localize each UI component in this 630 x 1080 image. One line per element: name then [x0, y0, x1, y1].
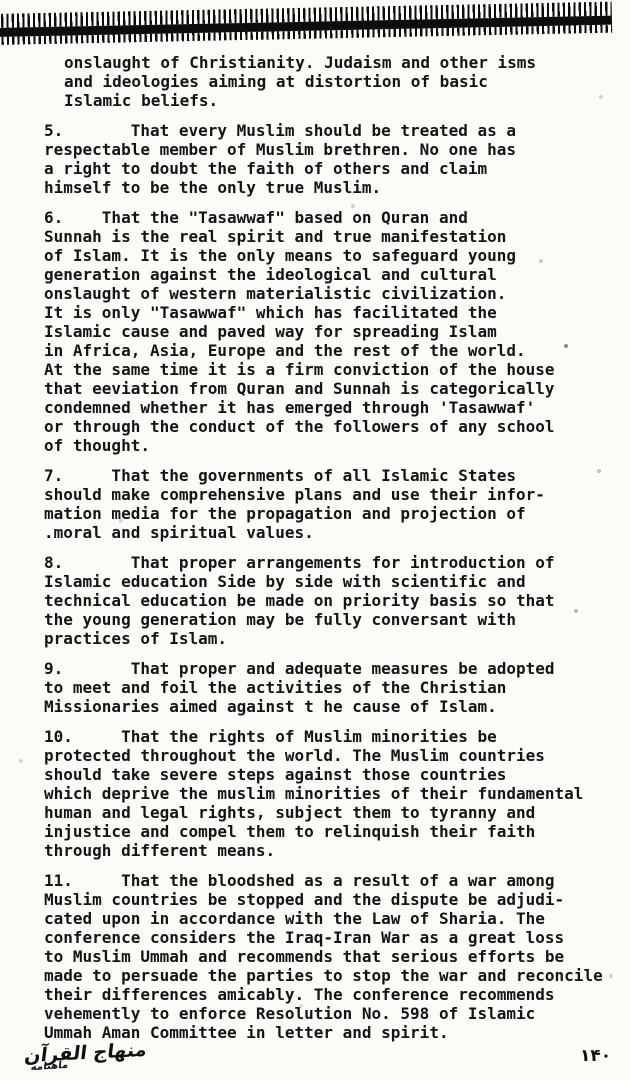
text-line: and ideologies aiming at distortion of b…: [64, 72, 614, 91]
text-line: practices of Islam.: [44, 629, 614, 648]
paragraph-continuation: onslaught of Christianity. Judaism and o…: [64, 53, 614, 110]
paragraph-8: 8. That proper arrangements for introduc…: [44, 553, 614, 648]
text-line: Islamic beliefs.: [64, 91, 614, 110]
text-line: himself to be the only true Muslim.: [44, 178, 614, 197]
text-line: 9. That proper and adequate measures be …: [44, 659, 614, 678]
text-line: At the same time it is a firm conviction…: [44, 360, 614, 379]
text-line: of thought.: [44, 436, 614, 455]
text-line: 7. That the governments of all Islamic S…: [44, 466, 614, 485]
text-line: a right to doubt the faith of others and…: [44, 159, 614, 178]
text-line: .moral and spiritual values.: [44, 523, 614, 542]
paragraph-11: 11. That the bloodshed as a result of a …: [44, 871, 614, 1042]
scanned-document-page: onslaught of Christianity. Judaism and o…: [0, 0, 630, 1080]
text-line: in Africa, Asia, Europe and the rest of …: [44, 341, 614, 360]
decorative-zipper-border: [0, 2, 612, 45]
text-line: conference considers the Iraq-Iran War a…: [44, 928, 614, 947]
text-line: that eeviation from Quran and Sunnah is …: [44, 379, 614, 398]
text-line: onslaught of Christianity. Judaism and o…: [64, 53, 614, 72]
text-line: made to persuade the parties to stop the…: [44, 966, 614, 985]
text-line: Islamic education Side by side with scie…: [44, 572, 614, 591]
text-line: 6. That the "Tasawwaf" based on Quran an…: [44, 208, 614, 227]
text-line: Missionaries aimed against t he cause of…: [44, 697, 614, 716]
text-line: condemned whether it has emerged through…: [44, 398, 614, 417]
text-line: It is only "Tasawwaf" which has facilita…: [44, 303, 614, 322]
paragraph-6: 6. That the "Tasawwaf" based on Quran an…: [44, 208, 614, 455]
text-line: Islamic cause and paved way for spreadin…: [44, 322, 614, 341]
paragraph-10: 10. That the rights of Muslim minorities…: [44, 727, 614, 860]
text-line: through different means.: [44, 841, 614, 860]
text-line: which deprive the muslim minorities of t…: [44, 784, 614, 803]
text-line: vehemently to enforce Resolution No. 598…: [44, 1004, 614, 1023]
logo-prefix-text: ماهنامه: [30, 1060, 69, 1074]
paragraph-7: 7. That the governments of all Islamic S…: [44, 466, 614, 542]
text-line: cated upon in accordance with the Law of…: [44, 909, 614, 928]
text-line: the young generation may be fully conver…: [44, 610, 614, 629]
paragraph-5: 5. That every Muslim should be treated a…: [44, 121, 614, 197]
text-line: of Islam. It is the only means to safegu…: [44, 246, 614, 265]
paragraph-9: 9. That proper and adequate measures be …: [44, 659, 614, 716]
text-line: human and legal rights, subject them to …: [44, 803, 614, 822]
text-line: respectable member of Muslim brethren. N…: [44, 140, 614, 159]
text-line: to Muslim Ummah and recommends that seri…: [44, 947, 614, 966]
text-line: to meet and foil the activities of the C…: [44, 678, 614, 697]
text-line: their differences amicably. The conferen…: [44, 985, 614, 1004]
text-line: or through the conduct of the followers …: [44, 417, 614, 436]
text-line: 11. That the bloodshed as a result of a …: [44, 871, 614, 890]
document-body-text: onslaught of Christianity. Judaism and o…: [44, 53, 614, 1053]
text-line: onslaught of western materialistic civil…: [44, 284, 614, 303]
text-line: Sunnah is the real spirit and true manif…: [44, 227, 614, 246]
text-line: generation against the ideological and c…: [44, 265, 614, 284]
page-number: ۱۴۰: [580, 1046, 611, 1066]
text-line: mation media for the propagation and pro…: [44, 504, 614, 523]
text-line: injustice and compel them to relinquish …: [44, 822, 614, 841]
text-line: 8. That proper arrangements for introduc…: [44, 553, 614, 572]
text-line: should make comprehensive plans and use …: [44, 485, 614, 504]
minhaj-ul-quran-calligraphy-logo: منهاج القرآن ماهنامه: [26, 1040, 146, 1078]
text-line: 5. That every Muslim should be treated a…: [44, 121, 614, 140]
text-line: protected throughout the world. The Musl…: [44, 746, 614, 765]
text-line: 10. That the rights of Muslim minorities…: [44, 727, 614, 746]
text-line: Muslim countries be stopped and the disp…: [44, 890, 614, 909]
text-line: should take severe steps against those c…: [44, 765, 614, 784]
scan-noise-specks: [0, 0, 2, 2]
text-line: technical education be made on priority …: [44, 591, 614, 610]
